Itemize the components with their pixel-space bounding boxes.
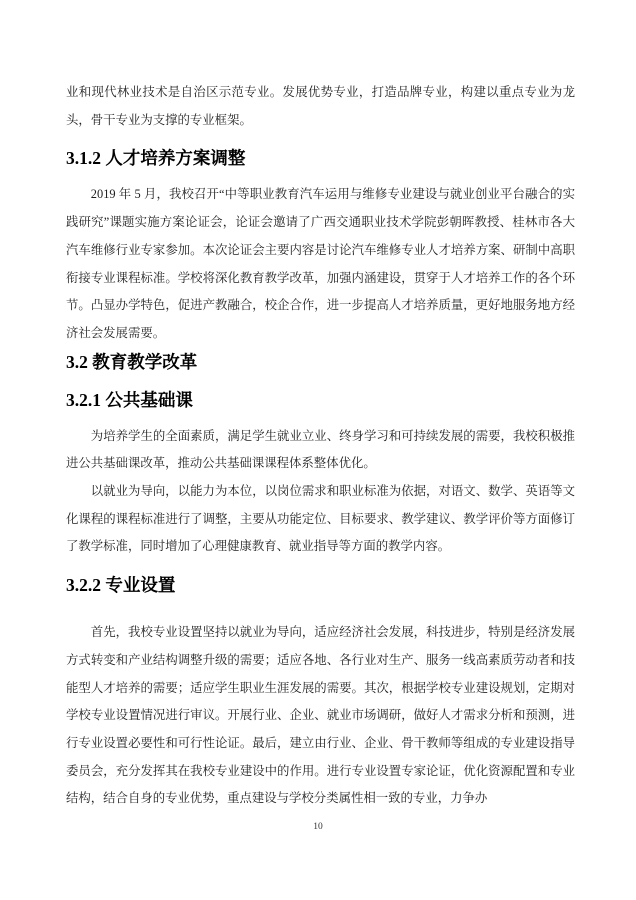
page-number: 10: [0, 820, 636, 834]
heading-3-1-2-talent-training-plan: 3.1.2 人才培养方案调整: [66, 144, 575, 172]
paragraph-public-basic-courses-1: 为培养学生的全面素质，满足学生就业立业、终身学习和可持续发展的需要，我校积极推进…: [66, 423, 575, 478]
heading-3-2-2-major-setup: 3.2.2 专业设置: [66, 571, 575, 599]
document-page: 业和现代林业技术是自治区示范专业。发展优势专业，打造品牌专业，构建以重点专业为龙…: [0, 0, 636, 900]
paragraph-talent-training-plan: 2019 年 5 月，我校召开“中等职业教育汽车运用与维修专业建设与就业创业平台…: [66, 181, 575, 347]
paragraph-public-basic-courses-2: 以就业为导向，以能力为本位，以岗位需求和职业标准为依据，对语文、数学、英语等文化…: [66, 478, 575, 561]
paragraph-continuation: 业和现代林业技术是自治区示范专业。发展优势专业，打造品牌专业，构建以重点专业为龙…: [66, 79, 575, 134]
heading-3-2-education-teaching-reform: 3.2 教育教学改革: [66, 348, 575, 376]
paragraph-major-setup: 首先，我校专业设置坚持以就业为导向，适应经济社会发展，科技进步，特别是经济发展方…: [66, 619, 575, 813]
heading-3-2-1-public-basic-courses: 3.2.1 公共基础课: [66, 386, 575, 414]
